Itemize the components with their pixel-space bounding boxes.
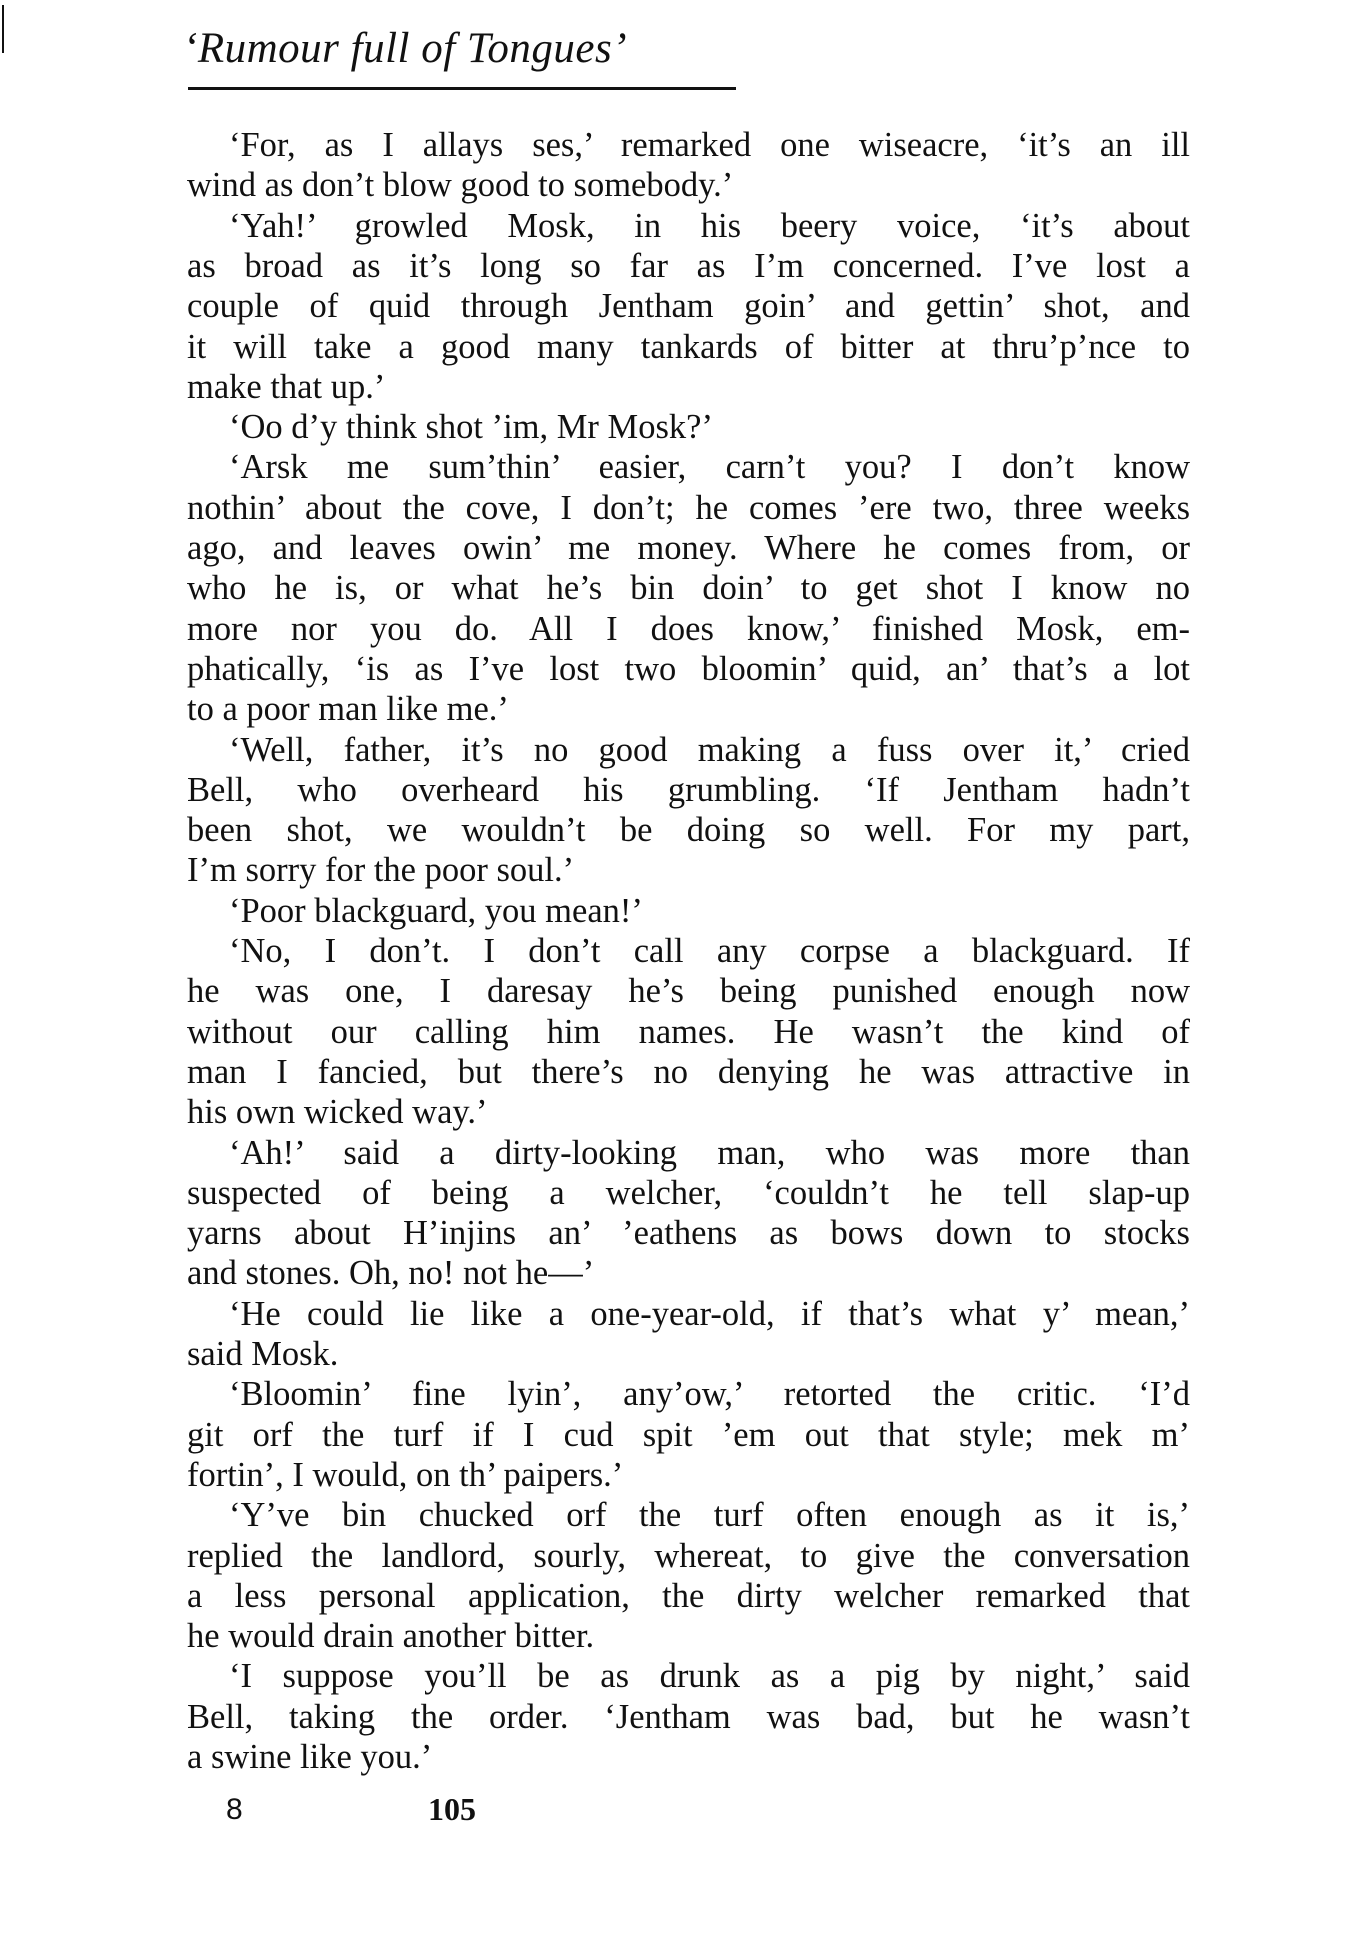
text-line: nothin’ about the cove, I don’t; he come… [187,488,1190,528]
text-line: couple of quid through Jentham goin’ and… [187,286,1190,326]
text-line: ‘For, as I allays ses,’ remarked one wis… [187,125,1190,165]
text-line: ‘Ah!’ said a dirty-looking man, who was … [187,1133,1190,1173]
text-line: phatically, ‘is as I’ve lost two bloomin… [187,649,1190,689]
text-line: ‘No, I don’t. I don’t call any corpse a … [187,931,1190,971]
text-line: ‘Y’ve bin chucked orf the turf often eno… [187,1495,1190,1535]
text-line: git orf the turf if I cud spit ’em out t… [187,1415,1190,1455]
text-line: ‘He could lie like a one-year-old, if th… [187,1294,1190,1334]
text-line: he would drain another bitter. [187,1616,1190,1656]
signature-mark: 8 [226,1792,243,1828]
text-line: fortin’, I would, on th’ paipers.’ [187,1455,1190,1495]
text-line: ‘Poor blackguard, you mean!’ [187,891,1190,931]
text-line: more nor you do. All I does know,’ finis… [187,609,1190,649]
text-line: ‘Well, father, it’s no good making a fus… [187,730,1190,770]
text-line: and stones. Oh, no! not he—’ [187,1253,1190,1293]
text-line: who he is, or what he’s bin doin’ to get… [187,568,1190,608]
text-line: Bell, who overheard his grumbling. ‘If J… [187,770,1190,810]
text-line: as broad as it’s long so far as I’m conc… [187,246,1190,286]
text-line: without our calling him names. He wasn’t… [187,1012,1190,1052]
text-line: suspected of being a welcher, ‘couldn’t … [187,1173,1190,1213]
text-line: ‘Oo d’y think shot ’im, Mr Mosk?’ [187,407,1190,447]
text-line: it will take a good many tankards of bit… [187,327,1190,367]
text-line: man I fancied, but there’s no denying he… [187,1052,1190,1092]
text-line: I’m sorry for the poor soul.’ [187,850,1190,890]
text-line: ‘Yah!’ growled Mosk, in his beery voice,… [187,206,1190,246]
text-line: been shot, we wouldn’t be doing so well.… [187,810,1190,850]
text-line: ‘I suppose you’ll be as drunk as a pig b… [187,1656,1190,1696]
text-line: replied the landlord, sourly, whereat, t… [187,1536,1190,1576]
text-line: a swine like you.’ [187,1737,1190,1777]
text-line: yarns about H’injins an’ ’eathens as bow… [187,1213,1190,1253]
text-line: said Mosk. [187,1334,1190,1374]
text-line: to a poor man like me.’ [187,689,1190,729]
scan-edge-mark [2,5,4,53]
text-line: he was one, I daresay he’s being punishe… [187,971,1190,1011]
text-line: ‘Arsk me sum’thin’ easier, carn’t you? I… [187,447,1190,487]
text-line: his own wicked way.’ [187,1092,1190,1132]
running-head: ‘Rumour full of Tongues’ [183,22,627,76]
text-line: make that up.’ [187,367,1190,407]
running-head-rule [188,87,736,90]
text-line: wind as don’t blow good to somebody.’ [187,165,1190,205]
text-line: a less personal application, the dirty w… [187,1576,1190,1616]
page-number: 105 [428,1790,476,1828]
text-line: Bell, taking the order. ‘Jentham was bad… [187,1697,1190,1737]
text-line: ‘Bloomin’ fine lyin’, any’ow,’ retorted … [187,1374,1190,1414]
text-line: ago, and leaves owin’ me money. Where he… [187,528,1190,568]
